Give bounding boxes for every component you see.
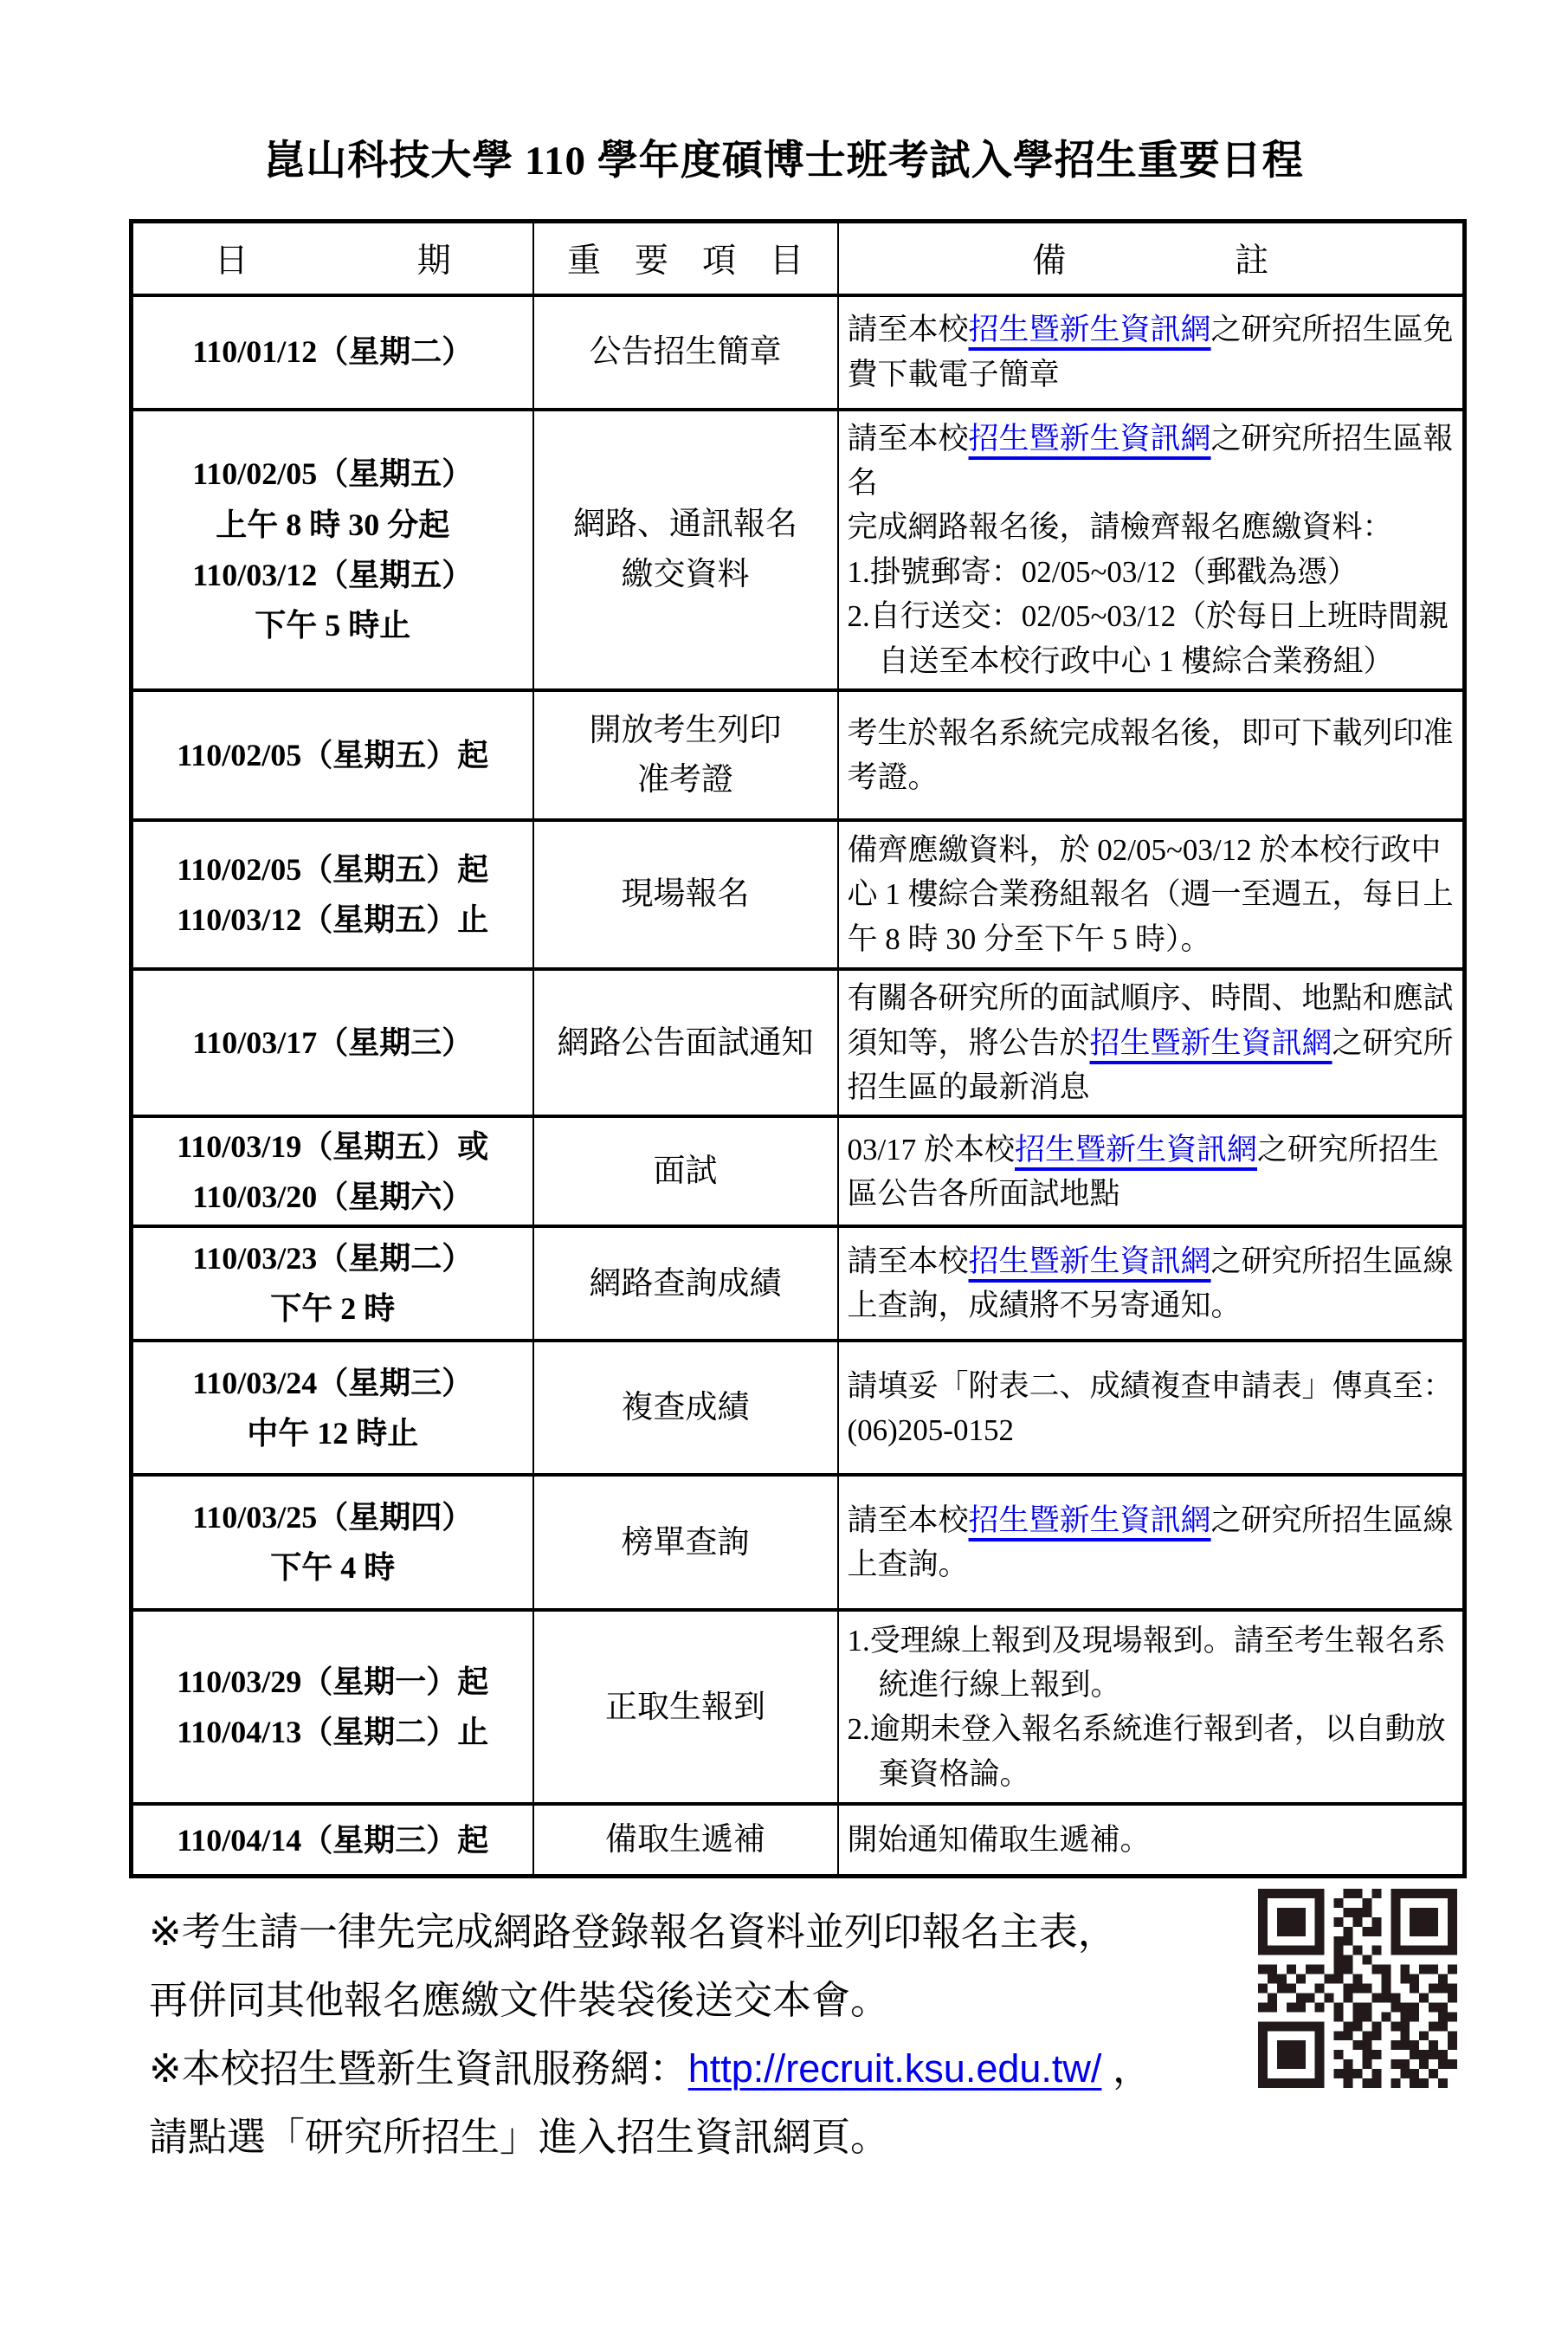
table-header-row: 日 期 重 要 項 目 備 註 [132, 222, 1465, 295]
table-row: 110/03/23（星期二）下午 2 時網路查詢成績請至本校招生暨新生資訊網之研… [132, 1226, 1465, 1341]
remark-cell: 請填妥「附表二、成績複查申請表」傳真至：(06)205-0152 [838, 1341, 1465, 1475]
table-row: 110/03/29（星期一）起110/04/13（星期二）止正取生報到1.受理線… [132, 1610, 1465, 1804]
date-line: 下午 2 時 [139, 1283, 527, 1334]
table-row: 110/03/25（星期四）下午 4 時榜單查詢請至本校招生暨新生資訊網之研究所… [132, 1475, 1465, 1610]
date-cell: 110/02/05（星期五）起110/03/12（星期五）止 [132, 820, 533, 969]
recruit-site-link[interactable]: 招生暨新生資訊網 [969, 1503, 1211, 1537]
item-cell: 面試 [533, 1116, 838, 1226]
remark-cell: 請至本校招生暨新生資訊網之研究所招生區線上查詢，成績將不另寄通知。 [838, 1226, 1465, 1341]
date-cell: 110/03/17（星期三） [132, 969, 533, 1116]
item-cell: 公告招生簡章 [533, 295, 838, 410]
recruit-url-link[interactable]: http://recruit.ksu.edu.tw/ [688, 2046, 1102, 2091]
date-line: 上午 8 時 30 分起 [139, 500, 527, 550]
recruit-site-link[interactable]: 招生暨新生資訊網 [1090, 1026, 1332, 1060]
text-run: 再併同其他報名應繳文件裝袋後送交本會。 [149, 1978, 889, 2022]
date-line: 110/03/20（星期六） [139, 1172, 527, 1222]
date-line: 110/03/29（星期一）起 [139, 1657, 527, 1707]
date-line: 110/03/19（星期五）或 [139, 1121, 527, 1172]
date-cell: 110/01/12（星期二） [132, 295, 533, 410]
table-row: 110/03/24（星期三）中午 12 時止複查成績請填妥「附表二、成績複查申請… [132, 1341, 1465, 1475]
item-cell: 現場報名 [533, 820, 838, 969]
paragraph: 完成網路報名後，請檢齊報名應繳資料： [848, 505, 1455, 549]
text-run: 1.受理線上報到及現場報到。請至考生報名系統進行線上報到。 [848, 1624, 1446, 1702]
table-row: 110/02/05（星期五）起開放考生列印准考證考生於報名系統完成報名後，即可下… [132, 690, 1465, 820]
item-line: 公告招生簡章 [538, 327, 834, 377]
item-cell: 複查成績 [533, 1341, 838, 1475]
text-run: 2.逾期未登入報名系統進行報到者，以自動放棄資格論。 [848, 1712, 1446, 1790]
paragraph: ※考生請一律先完成網路登錄報名資料並列印報名主表， [149, 1897, 1231, 1966]
item-cell: 榜單查詢 [533, 1475, 838, 1610]
schedule-table: 日 期 重 要 項 目 備 註 110/01/12（星期二）公告招生簡章請至本校… [129, 219, 1467, 1878]
date-line: 110/02/05（星期五）起 [139, 844, 527, 895]
remark-cell: 有關各研究所的面試順序、時間、地點和應試須知等，將公告於招生暨新生資訊網之研究所… [838, 969, 1465, 1116]
paragraph: 請至本校招生暨新生資訊網之研究所招生區免費下載電子簡章 [848, 307, 1455, 397]
footer-notes: ※考生請一律先完成網路登錄報名資料並列印報名主表，再併同其他報名應繳文件裝袋後送… [149, 1897, 1231, 2171]
date-line: 下午 4 時 [139, 1542, 527, 1593]
header-remark: 備 註 [838, 222, 1465, 295]
date-cell: 110/04/14（星期三）起 [132, 1804, 533, 1876]
paragraph: 2.逾期未登入報名系統進行報到者，以自動放棄資格論。 [848, 1707, 1455, 1796]
date-cell: 110/03/24（星期三）中午 12 時止 [132, 1341, 533, 1475]
remark-cell: 請至本校招生暨新生資訊網之研究所招生區報名完成網路報名後，請檢齊報名應繳資料：1… [838, 410, 1465, 691]
item-line: 網路查詢成績 [538, 1259, 834, 1309]
text-run: 請至本校 [848, 422, 969, 456]
date-line: 110/02/05（星期五） [139, 449, 527, 499]
text-run: 備齊應繳資料，於 02/05~03/12 於本校行政中心 1 樓綜合業務組報名（… [848, 833, 1454, 956]
text-run: 03/17 於本校 [848, 1133, 1015, 1167]
date-line: 110/04/14（星期三）起 [139, 1815, 527, 1865]
date-line: 110/03/12（星期五） [139, 550, 527, 600]
remark-cell: 1.受理線上報到及現場報到。請至考生報名系統進行線上報到。2.逾期未登入報名系統… [838, 1610, 1465, 1804]
paragraph: 開始通知備取生遞補。 [848, 1818, 1455, 1862]
paragraph: 2.自行送交：02/05~03/12（於每日上班時間親自送至本校行政中心 1 樓… [848, 594, 1455, 683]
date-cell: 110/02/05（星期五）起 [132, 690, 533, 820]
remark-cell: 03/17 於本校招生暨新生資訊網之研究所招生區公告各所面試地點 [838, 1116, 1465, 1226]
paragraph: 請至本校招生暨新生資訊網之研究所招生區報名 [848, 417, 1455, 506]
remark-cell: 備齊應繳資料，於 02/05~03/12 於本校行政中心 1 樓綜合業務組報名（… [838, 820, 1465, 969]
text-run: 1.掛號郵寄：02/05~03/12（郵戳為憑） [848, 555, 1358, 589]
date-line: 110/03/25（星期四） [139, 1492, 527, 1542]
item-line: 面試 [538, 1147, 834, 1196]
paragraph: 請填妥「附表二、成績複查申請表」傳真至： [848, 1364, 1455, 1408]
item-cell: 正取生報到 [533, 1610, 838, 1804]
item-line: 備取生遞補 [538, 1815, 834, 1865]
remark-cell: 請至本校招生暨新生資訊網之研究所招生區線上查詢。 [838, 1475, 1465, 1610]
table-row: 110/02/05（星期五）起110/03/12（星期五）止現場報名備齊應繳資料… [132, 820, 1465, 969]
date-cell: 110/03/23（星期二）下午 2 時 [132, 1226, 533, 1341]
text-run: 請至本校 [848, 1244, 969, 1278]
date-line: 110/03/23（星期二） [139, 1233, 527, 1283]
date-cell: 110/03/25（星期四）下午 4 時 [132, 1475, 533, 1610]
recruit-site-link[interactable]: 招生暨新生資訊網 [969, 313, 1211, 346]
text-run: 2.自行送交：02/05~03/12（於每日上班時間親自送至本校行政中心 1 樓… [848, 599, 1449, 677]
date-line: 中午 12 時止 [139, 1408, 527, 1458]
date-cell: 110/02/05（星期五）上午 8 時 30 分起110/03/12（星期五）… [132, 410, 533, 691]
date-line: 110/03/17（星期三） [139, 1018, 527, 1068]
paragraph: 再併同其他報名應繳文件裝袋後送交本會。 [149, 1966, 1231, 2034]
text-run: 開始通知備取生遞補。 [848, 1823, 1151, 1857]
recruit-site-link[interactable]: 招生暨新生資訊網 [1015, 1133, 1257, 1167]
item-line: 正取生報到 [538, 1683, 834, 1732]
item-cell: 開放考生列印准考證 [533, 690, 838, 820]
date-line: 110/04/13（星期二）止 [139, 1707, 527, 1757]
paragraph: ※本校招生暨新生資訊服務網：http://recruit.ksu.edu.tw/… [149, 2034, 1231, 2103]
paragraph: (06)205-0152 [848, 1408, 1455, 1452]
date-line: 110/03/24（星期三） [139, 1358, 527, 1408]
item-line: 網路公告面試通知 [538, 1018, 834, 1068]
qr-code [1258, 1889, 1457, 2088]
date-line: 110/01/12（星期二） [139, 326, 527, 377]
item-cell: 網路、通訊報名繳交資料 [533, 410, 838, 691]
table-row: 110/03/19（星期五）或110/03/20（星期六）面試03/17 於本校… [132, 1116, 1465, 1226]
table-row: 110/01/12（星期二）公告招生簡章請至本校招生暨新生資訊網之研究所招生區免… [132, 295, 1465, 410]
paragraph: 有關各研究所的面試順序、時間、地點和應試須知等，將公告於招生暨新生資訊網之研究所… [848, 976, 1455, 1109]
date-cell: 110/03/29（星期一）起110/04/13（星期二）止 [132, 1610, 533, 1804]
text-run: 請點選「研究所招生」進入招生資訊網頁。 [149, 2115, 889, 2159]
paragraph: 03/17 於本校招生暨新生資訊網之研究所招生區公告各所面試地點 [848, 1128, 1455, 1217]
text-run: 完成網路報名後，請檢齊報名應繳資料： [848, 510, 1393, 544]
paragraph: 請至本校招生暨新生資訊網之研究所招生區線上查詢。 [848, 1498, 1455, 1587]
item-line: 開放考生列印 [538, 706, 834, 755]
item-cell: 網路查詢成績 [533, 1226, 838, 1341]
date-cell: 110/03/19（星期五）或110/03/20（星期六） [132, 1116, 533, 1226]
text-run: 考生於報名系統完成報名後，即可下載列印准考證。 [848, 716, 1454, 794]
paragraph: 請至本校招生暨新生資訊網之研究所招生區線上查詢，成績將不另寄通知。 [848, 1239, 1455, 1328]
paragraph: 考生於報名系統完成報名後，即可下載列印准考證。 [848, 711, 1455, 800]
remark-cell: 開始通知備取生遞補。 [838, 1804, 1465, 1876]
recruit-site-link[interactable]: 招生暨新生資訊網 [969, 422, 1211, 456]
recruit-site-link[interactable]: 招生暨新生資訊網 [969, 1244, 1211, 1278]
text-run: 請至本校 [848, 313, 969, 346]
item-cell: 網路公告面試通知 [533, 969, 838, 1116]
text-run: ， [1101, 2046, 1152, 2091]
text-run: ※本校招生暨新生資訊服務網： [149, 2046, 688, 2091]
item-line: 網路、通訊報名 [538, 500, 834, 549]
page-title: 崑山科技大學 110 學年度碩博士班考試入學招生重要日程 [0, 128, 1568, 186]
text-run: (06)205-0152 [848, 1413, 1014, 1447]
table-row: 110/02/05（星期五）上午 8 時 30 分起110/03/12（星期五）… [132, 410, 1465, 691]
paragraph: 1.受理線上報到及現場報到。請至考生報名系統進行線上報到。 [848, 1619, 1455, 1708]
header-item: 重 要 項 目 [533, 222, 838, 295]
text-run: 請至本校 [848, 1503, 969, 1537]
paragraph: 備齊應繳資料，於 02/05~03/12 於本校行政中心 1 樓綜合業務組報名（… [848, 828, 1455, 961]
date-line: 下午 5 時止 [139, 600, 527, 650]
remark-cell: 考生於報名系統完成報名後，即可下載列印准考證。 [838, 690, 1465, 820]
paragraph: 1.掛號郵寄：02/05~03/12（郵戳為憑） [848, 550, 1455, 594]
date-line: 110/03/12（星期五）止 [139, 895, 527, 945]
text-run: 請填妥「附表二、成績複查申請表」傳真至： [848, 1369, 1454, 1403]
table-row: 110/03/17（星期三）網路公告面試通知有關各研究所的面試順序、時間、地點和… [132, 969, 1465, 1116]
remark-cell: 請至本校招生暨新生資訊網之研究所招生區免費下載電子簡章 [838, 295, 1465, 410]
footer: ※考生請一律先完成網路登錄報名資料並列印報名主表，再併同其他報名應繳文件裝袋後送… [149, 1897, 1568, 2171]
text-run: ※考生請一律先完成網路登錄報名資料並列印報名主表， [149, 1910, 1117, 1954]
item-cell: 備取生遞補 [533, 1804, 838, 1876]
table-row: 110/04/14（星期三）起備取生遞補開始通知備取生遞補。 [132, 1804, 1465, 1876]
date-line: 110/02/05（星期五）起 [139, 730, 527, 780]
item-line: 現場報名 [538, 869, 834, 919]
item-line: 榜單查詢 [538, 1518, 834, 1567]
item-line: 准考證 [538, 755, 834, 805]
header-date: 日 期 [132, 222, 533, 295]
item-line: 繳交資料 [538, 550, 834, 599]
paragraph: 請點選「研究所招生」進入招生資訊網頁。 [149, 2103, 1231, 2171]
item-line: 複查成績 [538, 1383, 834, 1432]
